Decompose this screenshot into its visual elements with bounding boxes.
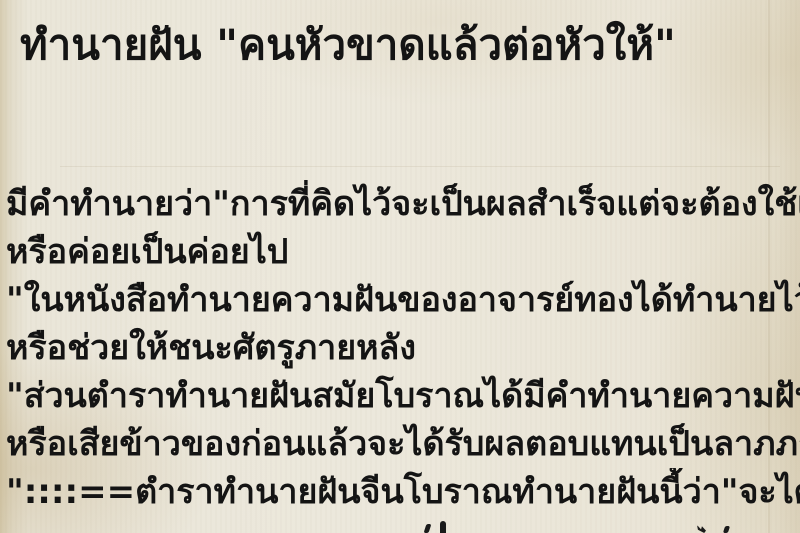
- body-line: หรือเสียข้าวของก่อนแล้วจะได้รับผลตอบแทนเ…: [6, 420, 800, 468]
- body-line: "ในหนังสือทำนายความฝันของอาจารย์ทองได้ทำ…: [6, 276, 800, 324]
- dream-interpretation-title: ทำนายฝัน "คนหัวขาดแล้วต่อหัวให้": [20, 14, 800, 76]
- clipped-next-line-diacritic: [723, 526, 730, 533]
- clipped-next-line-diacritic: [697, 525, 706, 533]
- paper-crease-line: [60, 166, 780, 167]
- aged-paper-background: ทำนายฝัน "คนหัวขาดแล้วต่อหัวให้" มีคำทำน…: [0, 0, 800, 533]
- body-line: หรือค่อยเป็นค่อยไป: [6, 228, 800, 276]
- dream-interpretation-body: มีคำทำนายว่า"การที่คิดไว้จะเป็นผลสำเร็จแ…: [6, 180, 800, 516]
- body-line: มีคำทำนายว่า"การที่คิดไว้จะเป็นผลสำเร็จแ…: [6, 180, 800, 228]
- clipped-next-line-diacritic: [424, 524, 432, 533]
- body-line: "ส่วนตำราทำนายฝันสมัยโบราณได้มีคำทำนายคว…: [6, 372, 800, 420]
- body-line: "::::==ตำราทำนายฝันจีนโบราณทำนายฝันนี้ว่…: [6, 468, 800, 516]
- body-line: หรือช่วยให้ชนะศัตรูภายหลัง: [6, 324, 800, 372]
- clipped-next-line-ascender: [440, 521, 446, 533]
